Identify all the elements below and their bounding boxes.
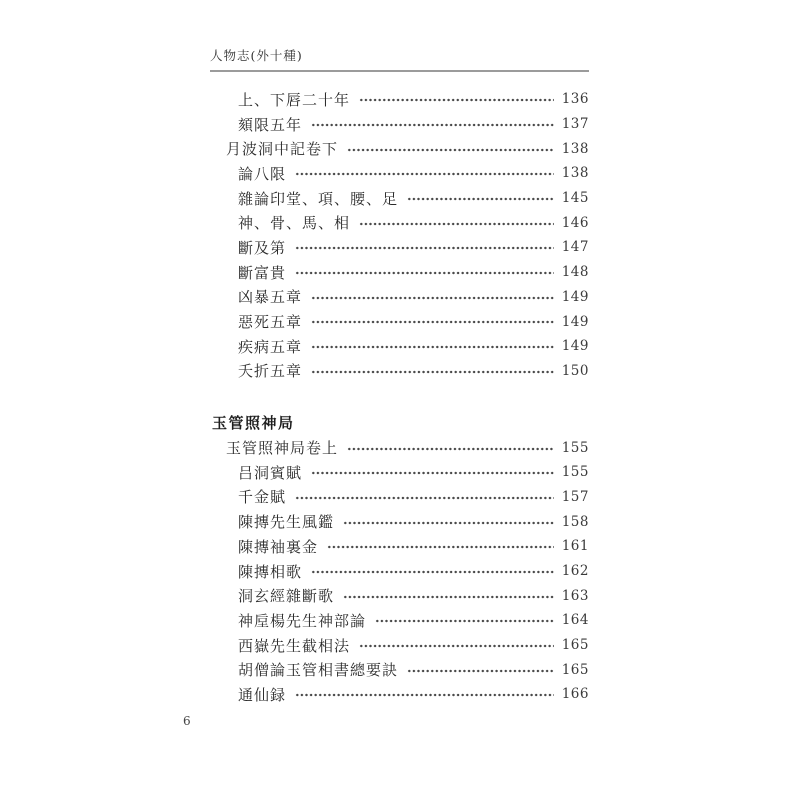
toc-entry-page: 138 <box>562 141 589 157</box>
running-header: 人物志(外十種) <box>210 46 589 70</box>
toc-entry: 雜論印堂、項、腰、足 145 <box>210 186 589 211</box>
toc-entry-page: 149 <box>562 289 589 305</box>
toc-entry: 神、骨、馬、相 146 <box>210 210 589 235</box>
dotted-leader <box>311 359 554 384</box>
toc-entry: 陳摶袖裏金 161 <box>210 534 589 559</box>
dotted-leader <box>311 559 554 584</box>
toc-entry-page: 166 <box>562 686 589 702</box>
dotted-leader <box>311 285 554 310</box>
toc-entry: 斷富貴 148 <box>210 260 589 285</box>
toc-entry-label: 神垕楊先生神部論 <box>238 610 366 631</box>
toc-entry-label: 陳摶袖裏金 <box>238 536 318 557</box>
dotted-leader <box>311 334 554 359</box>
toc-entry-label: 雜論印堂、項、腰、足 <box>238 188 398 209</box>
dotted-leader <box>343 509 554 534</box>
toc-entry-label: 論八限 <box>238 163 286 184</box>
dotted-leader <box>359 87 554 112</box>
dotted-leader <box>295 161 554 186</box>
toc-entry: 頦限五年 137 <box>210 112 589 137</box>
toc-entry-page: 163 <box>562 588 589 604</box>
dotted-leader <box>311 309 554 334</box>
toc-entry-page: 162 <box>562 563 589 579</box>
toc-entry: 上、下唇二十年 136 <box>210 87 589 112</box>
toc-entry-label: 斷及第 <box>238 237 286 258</box>
toc-entry-page: 146 <box>562 215 589 231</box>
toc-entry-label: 神、骨、馬、相 <box>238 212 350 233</box>
toc-entry-page: 165 <box>562 637 589 653</box>
toc-entry: 夭折五章 150 <box>210 359 589 384</box>
dotted-leader <box>347 435 554 460</box>
dotted-leader <box>311 112 554 137</box>
toc-entry-label: 通仙録 <box>238 684 286 705</box>
toc-entry-page: 155 <box>562 440 589 456</box>
toc-entry: 吕洞賓賦 155 <box>210 460 589 485</box>
toc-entry-label: 惡死五章 <box>238 311 302 332</box>
toc-entry-page: 155 <box>562 464 589 480</box>
toc-entry-label: 玉管照神局卷上 <box>226 437 338 458</box>
toc-entry-page: 137 <box>562 116 589 132</box>
toc-entry: 論八限 138 <box>210 161 589 186</box>
dotted-leader <box>359 633 554 658</box>
toc-entry: 千金賦 157 <box>210 485 589 510</box>
toc-entry: 神垕楊先生神部論 164 <box>210 608 589 633</box>
toc-entry: 陳摶先生風鑑 158 <box>210 509 589 534</box>
toc-entry-page: 157 <box>562 489 589 505</box>
toc-entry-page: 138 <box>562 165 589 181</box>
toc-entry-page: 145 <box>562 190 589 206</box>
toc-entry-page: 136 <box>562 91 589 107</box>
toc-entry-page: 164 <box>562 612 589 628</box>
dotted-leader <box>311 460 554 485</box>
toc-entry: 月波洞中記卷下 138 <box>210 136 589 161</box>
toc-entry-page: 148 <box>562 264 589 280</box>
toc-entry-label: 陳摶相歌 <box>238 561 302 582</box>
toc-entry: 胡僧論玉管相書總要訣 165 <box>210 657 589 682</box>
toc-entry-label: 頦限五年 <box>238 114 302 135</box>
toc-entry-page: 149 <box>562 314 589 330</box>
page-content: 人物志(外十種) 上、下唇二十年 136 頦限五年 137 月波洞中記卷下 13… <box>210 46 589 707</box>
toc-entry-page: 147 <box>562 239 589 255</box>
toc-section-1: 上、下唇二十年 136 頦限五年 137 月波洞中記卷下 138 論八限 138… <box>210 87 589 383</box>
dotted-leader <box>295 682 554 707</box>
dotted-leader <box>407 657 554 682</box>
toc-entry: 疾病五章 149 <box>210 334 589 359</box>
section-heading: 玉管照神局 <box>210 410 589 435</box>
toc-entry: 陳摶相歌 162 <box>210 559 589 584</box>
book-page: 人物志(外十種) 上、下唇二十年 136 頦限五年 137 月波洞中記卷下 13… <box>0 0 800 800</box>
toc-entry-label: 洞玄經雜斷歌 <box>238 585 334 606</box>
toc-entry-page: 150 <box>562 363 589 379</box>
header-rule <box>210 70 589 72</box>
toc-entry-label: 西嶽先生截相法 <box>238 635 350 656</box>
toc-entry: 通仙録 166 <box>210 682 589 707</box>
dotted-leader <box>295 235 554 260</box>
toc-entry-label: 陳摶先生風鑑 <box>238 511 334 532</box>
toc-entry-label: 吕洞賓賦 <box>238 462 302 483</box>
toc-entry-page: 158 <box>562 514 589 530</box>
toc-entry-page: 165 <box>562 662 589 678</box>
toc-entry-page: 161 <box>562 538 589 554</box>
toc-entry: 凶暴五章 149 <box>210 285 589 310</box>
dotted-leader <box>375 608 554 633</box>
toc-section-2: 玉管照神局卷上 155 吕洞賓賦 155 千金賦 157 陳摶先生風鑑 158 … <box>210 435 589 707</box>
dotted-leader <box>407 186 554 211</box>
toc-entry: 斷及第 147 <box>210 235 589 260</box>
folio-number: 6 <box>183 714 191 728</box>
dotted-leader <box>343 583 554 608</box>
toc-entry-label: 夭折五章 <box>238 360 302 381</box>
toc-entry: 玉管照神局卷上 155 <box>210 435 589 460</box>
dotted-leader <box>295 485 554 510</box>
dotted-leader <box>327 534 554 559</box>
toc-entry: 西嶽先生截相法 165 <box>210 633 589 658</box>
dotted-leader <box>359 210 554 235</box>
toc-entry-label: 凶暴五章 <box>238 286 302 307</box>
toc-entry-page: 149 <box>562 338 589 354</box>
dotted-leader <box>347 136 554 161</box>
toc-entry-label: 胡僧論玉管相書總要訣 <box>238 659 398 680</box>
toc-entry: 惡死五章 149 <box>210 309 589 334</box>
toc-entry-label: 千金賦 <box>238 486 286 507</box>
toc-entry: 洞玄經雜斷歌 163 <box>210 583 589 608</box>
toc-entry-label: 上、下唇二十年 <box>238 89 350 110</box>
dotted-leader <box>295 260 554 285</box>
toc-entry-label: 疾病五章 <box>238 336 302 357</box>
toc-entry-label: 月波洞中記卷下 <box>226 138 338 159</box>
toc-entry-label: 斷富貴 <box>238 262 286 283</box>
